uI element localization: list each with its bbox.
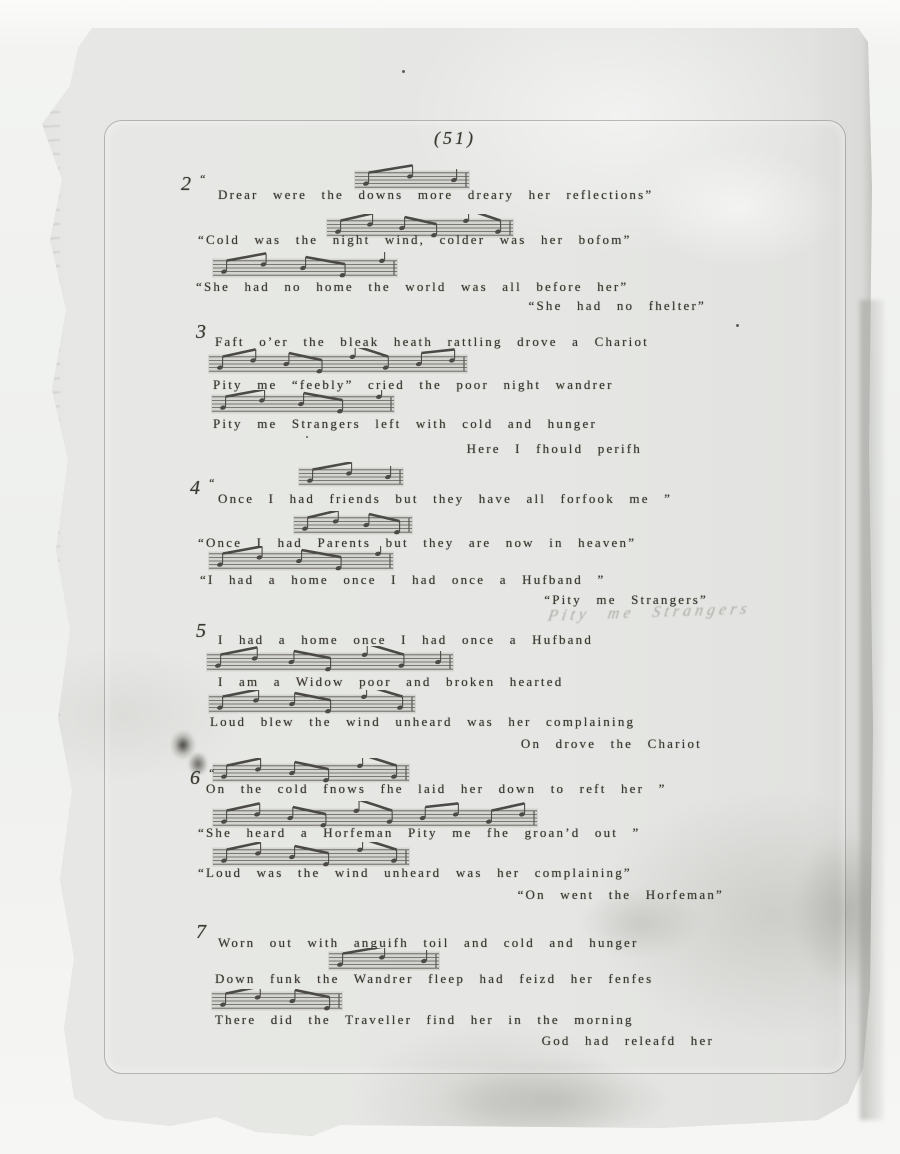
verse-line: Once I had friends but they have all for… [218,491,672,507]
music-staff [211,390,395,418]
verse-number: 5 [196,620,208,643]
verse-number: 2“ [181,172,208,196]
verse-number: 3 [196,321,208,344]
music-staff [211,989,343,1013]
verse-line: Drear were the downs more dreary her ref… [218,187,653,203]
page-number: (51) [400,128,510,149]
verse-number: 7 [196,921,208,944]
verse-line: “She had no fhelter” [529,298,706,314]
verse-line: I am a Widow poor and broken hearted [218,674,563,690]
verse-line: On the cold fnows fhe laid her down to r… [206,781,667,797]
verse-line: “I had a home once I had once a Hufband … [200,572,605,588]
printed-content: (51) Pity me Strangers 2“Drear were the … [0,0,900,1154]
verse-line: “She had no home the world was all befor… [196,279,628,295]
verse-number: 4“ [190,476,217,500]
verse-line: “Pity me Strangers” [544,592,708,608]
verse-line: “She heard a Horfeman Pity me fhe groan’… [198,825,641,841]
verse-line: Down funk the Wandrer fleep had feizd he… [215,971,653,987]
verse-line: On drove the Chariot [521,736,702,752]
verse-line: Loud blew the wind unheard was her compl… [210,714,635,730]
verse-line: Here I fhould perifh [467,441,642,457]
verse-line: “Cold was the night wind, colder was her… [198,232,632,248]
verse-line: “Loud was the wind unheard was her compl… [198,865,632,881]
verse-line: God had releafd her [542,1033,714,1049]
music-staff [208,348,468,380]
verse-line: Pity me Strangers left with cold and hun… [213,416,597,432]
music-staff [298,462,404,492]
verse-line: There did the Traveller find her in the … [215,1012,634,1028]
verse-line: “On went the Horfeman” [518,887,724,903]
